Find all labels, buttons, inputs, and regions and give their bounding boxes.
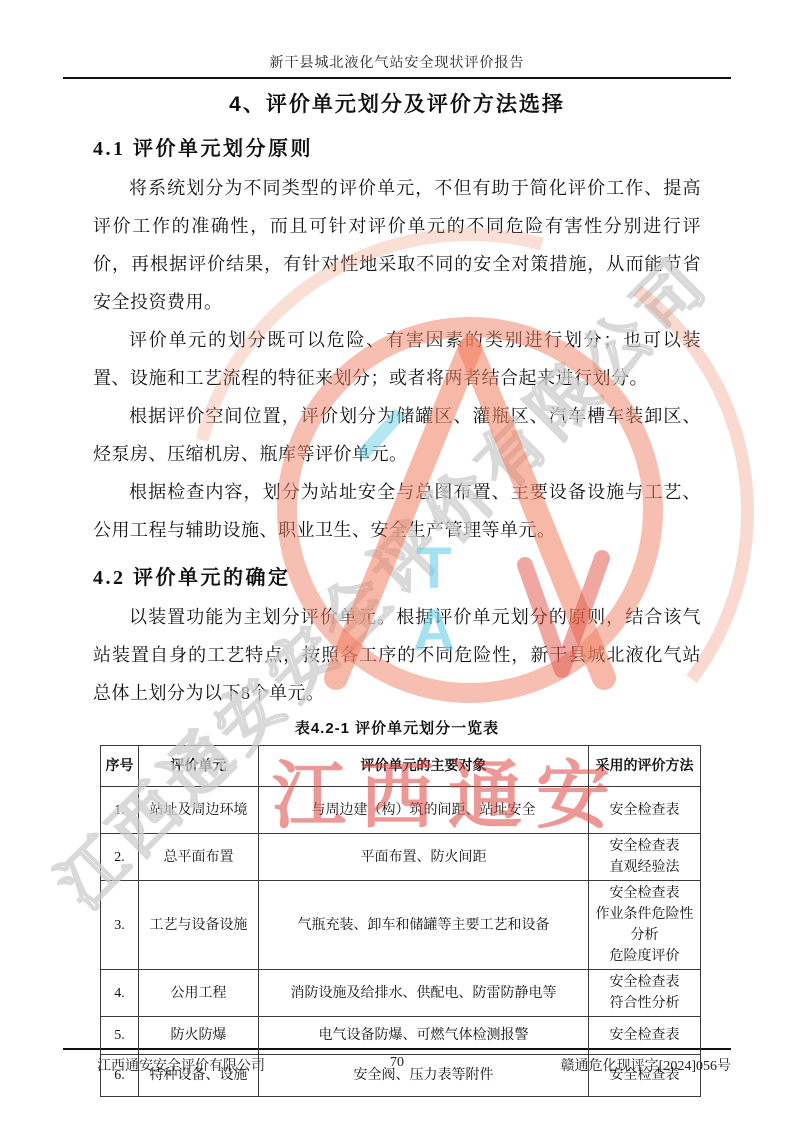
cell-no: 5.	[101, 1017, 139, 1055]
paragraph: 根据检查内容，划分为站址安全与总图布置、主要设备设施与工艺、公用工程与辅助设施、…	[93, 473, 701, 549]
evaluation-unit-table: 序号 评价单元 评价单元的主要对象 采用的评价方法 1. 站址及周边环境 与周边…	[100, 745, 701, 1097]
method-line: 安全检查表	[592, 883, 697, 904]
method-line: 作业条件危险性分析	[592, 904, 697, 946]
cell-no: 4.	[101, 970, 139, 1017]
cell-method: 安全检查表	[589, 1055, 701, 1097]
table-row: 4. 公用工程 消防设施及给排水、供配电、防雷防静电等 安全检查表 符合性分析	[101, 970, 701, 1017]
paragraph: 将系统划分为不同类型的评价单元，不但有助于简化评价工作、提高评价工作的准确性，而…	[93, 169, 701, 321]
cell-method: 安全检查表	[589, 787, 701, 834]
paragraph: 根据评价空间位置，评价划分为储罐区、灌瓶区、汽车槽车装卸区、烃泵房、压缩机房、瓶…	[93, 397, 701, 473]
table-row: 2. 总平面布置 平面布置、防火间距 安全检查表 直观经验法	[101, 834, 701, 881]
method-line: 安全检查表	[592, 800, 697, 821]
chapter-title: 4、评价单元划分及评价方法选择	[93, 90, 701, 120]
table-row: 3. 工艺与设备设施 气瓶充装、卸车和储罐等主要工艺和设备 安全检查表 作业条件…	[101, 881, 701, 970]
table-row: 6. 特种设备、设施 安全阀、压力表等附件 安全检查表	[101, 1055, 701, 1097]
cell-no: 2.	[101, 834, 139, 881]
method-line: 安全检查表	[592, 1065, 697, 1086]
cell-unit: 总平面布置	[139, 834, 259, 881]
paragraph: 评价单元的划分既可以危险、有害因素的类别进行划分；也可以装置、设施和工艺流程的特…	[93, 321, 701, 397]
method-line: 符合性分析	[592, 993, 697, 1014]
table-header-row: 序号 评价单元 评价单元的主要对象 采用的评价方法	[101, 746, 701, 787]
method-line: 安全检查表	[592, 836, 697, 857]
col-header-unit: 评价单元	[139, 746, 259, 787]
page-header-title: 新干县城北液化气站安全现状评价报告	[0, 52, 794, 72]
method-line: 安全检查表	[592, 972, 697, 993]
table-caption: 表4.2-1 评价单元划分一览表	[93, 718, 701, 740]
cell-no: 1.	[101, 787, 139, 834]
table-row: 5. 防火防爆 电气设备防爆、可燃气体检测报警 安全检查表	[101, 1017, 701, 1055]
document-page: 新干县城北液化气站安全现状评价报告 4、评价单元划分及评价方法选择 4.1 评价…	[0, 0, 794, 1123]
cell-method: 安全检查表 符合性分析	[589, 970, 701, 1017]
cell-target: 电气设备防爆、可燃气体检测报警	[259, 1017, 589, 1055]
cell-no: 6.	[101, 1055, 139, 1097]
cell-target: 与周边建（构）筑的间距、站址安全	[259, 787, 589, 834]
cell-target: 安全阀、压力表等附件	[259, 1055, 589, 1097]
document-body: 4、评价单元划分及评价方法选择 4.1 评价单元划分原则 将系统划分为不同类型的…	[93, 90, 701, 1097]
method-line: 危险度评价	[592, 946, 697, 967]
header-rule	[63, 77, 731, 79]
cell-target: 气瓶充装、卸车和储罐等主要工艺和设备	[259, 881, 589, 970]
col-header-target: 评价单元的主要对象	[259, 746, 589, 787]
table-row: 1. 站址及周边环境 与周边建（构）筑的间距、站址安全 安全检查表	[101, 787, 701, 834]
cell-method: 安全检查表	[589, 1017, 701, 1055]
cell-no: 3.	[101, 881, 139, 970]
cell-unit: 特种设备、设施	[139, 1055, 259, 1097]
method-line: 安全检查表	[592, 1025, 697, 1046]
cell-unit: 公用工程	[139, 970, 259, 1017]
cell-method: 安全检查表 直观经验法	[589, 834, 701, 881]
cell-unit: 工艺与设备设施	[139, 881, 259, 970]
method-line: 直观经验法	[592, 857, 697, 878]
section-heading-4-1: 4.1 评价单元划分原则	[93, 134, 701, 164]
col-header-no: 序号	[101, 746, 139, 787]
cell-target: 消防设施及给排水、供配电、防雷防静电等	[259, 970, 589, 1017]
cell-target: 平面布置、防火间距	[259, 834, 589, 881]
cell-unit: 站址及周边环境	[139, 787, 259, 834]
section-heading-4-2: 4.2 评价单元的确定	[93, 563, 701, 593]
cell-method: 安全检查表 作业条件危险性分析 危险度评价	[589, 881, 701, 970]
cell-unit: 防火防爆	[139, 1017, 259, 1055]
paragraph: 以装置功能为主划分评价单元。根据评价单元划分的原则，结合该气站装置自身的工艺特点…	[93, 598, 701, 712]
col-header-method: 采用的评价方法	[589, 746, 701, 787]
